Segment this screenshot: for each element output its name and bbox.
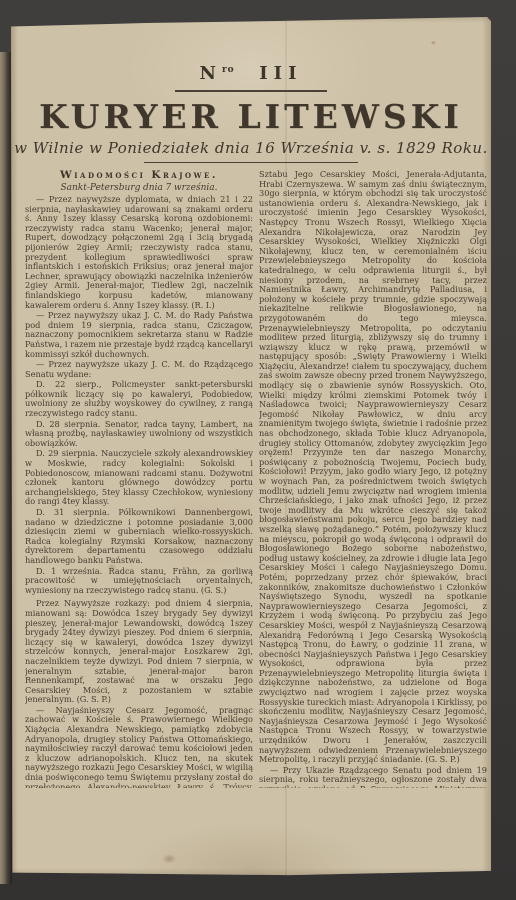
masthead-dateline: w Wilnie w Poniedziałek dnia 16 Września… bbox=[11, 139, 491, 157]
body-paragraph: D. 28 sierpnia. Senator, radca tayny, La… bbox=[25, 420, 253, 449]
adjacent-page-edge bbox=[0, 52, 12, 884]
body-paragraph: — Przez naywyższy ukaz J. C. M. do Rady … bbox=[25, 311, 253, 359]
body-paragraph: Przez Naywyższe rozkazy: pod dniem 4 sie… bbox=[25, 599, 253, 705]
issue-prefix: N bbox=[199, 63, 221, 84]
issue-roman-numeral: III bbox=[259, 63, 302, 84]
newspaper-page: Nro III KURYER LITEWSKI w Wilnie w Ponie… bbox=[11, 17, 491, 876]
right-column: Sztabu Jego Cesarskiey Mości, Jenerała-A… bbox=[259, 170, 487, 788]
masthead: Nro III KURYER LITEWSKI w Wilnie w Ponie… bbox=[11, 17, 491, 163]
body-paragraph: — Przez naywyższe ukazy J. C. M. do Rząd… bbox=[25, 360, 253, 379]
issue-number: Nro III bbox=[11, 63, 491, 84]
body-paragraph: Sztabu Jego Cesarskiey Mości, Jenerała-A… bbox=[259, 170, 487, 765]
masthead-title: KURYER LITEWSKI bbox=[11, 97, 491, 136]
section-heading: Wiadomości Krajowe. bbox=[25, 170, 253, 181]
left-column: Wiadomości Krajowe. Sankt-Petersburg dni… bbox=[25, 170, 253, 788]
body-paragraph: — Przy Ukazie Rządzącego Senatu pod dnie… bbox=[259, 766, 487, 788]
issue-superscript: ro bbox=[222, 65, 235, 75]
article-body: Wiadomości Krajowe. Sankt-Petersburg dni… bbox=[11, 163, 491, 788]
body-paragraph: D. 29 sierpnia. Nauczyciele szkoły alexa… bbox=[25, 449, 253, 507]
body-paragraph: D. 31 sierpnia. Półkownikowi Dannenbergo… bbox=[25, 508, 253, 566]
issue-divider-rule bbox=[175, 90, 327, 92]
fold-crease bbox=[285, 17, 287, 876]
body-paragraph: D. 22 sierp., Policmeyster sankt-petersb… bbox=[25, 380, 253, 418]
body-paragraph: — Nayjaśnieyszy Cesarz Jegomość, pragnąc… bbox=[25, 706, 253, 788]
scanner-background: Nro III KURYER LITEWSKI w Wilnie w Ponie… bbox=[0, 0, 516, 900]
column-dateline: Sankt-Petersburg dnia 7 września. bbox=[25, 183, 253, 193]
body-paragraph: — Przez naywyższe dyplomata, w dniach 21… bbox=[25, 195, 253, 310]
body-paragraph: D. 1 września. Radca stanu, Frähn, za go… bbox=[25, 567, 253, 596]
